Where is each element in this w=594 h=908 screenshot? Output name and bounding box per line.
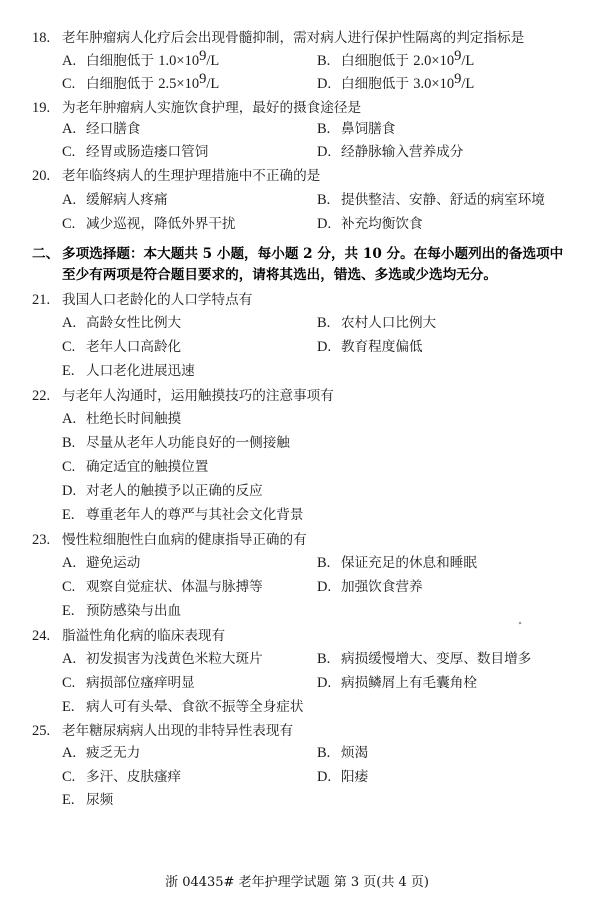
option-d: D.经静脉输入营养成分: [317, 141, 463, 163]
section-instructions-line2: 至少有两项是符合题目要求的，请将其选出，错选、多选或少选均无分。: [62, 264, 497, 286]
question-number: 25.: [32, 720, 50, 742]
question-21: 21. 我国人口老龄化的人口学特点有: [0, 289, 594, 311]
option-c: C.确定适宜的触摸位置: [62, 456, 208, 478]
question-text: 脂溢性角化病的临床表现有: [62, 625, 225, 647]
option-b: B.保证充足的休息和睡眠: [317, 552, 477, 574]
question-24: 24. 脂溢性角化病的临床表现有: [0, 625, 594, 647]
option-e: E.病人可有头晕、食欲不振等全身症状: [62, 696, 304, 718]
option-row: A.疲乏无力 B.烦渴: [0, 742, 594, 764]
section-header-cont: 至少有两项是符合题目要求的，请将其选出，错选、多选或少选均无分。: [0, 264, 594, 286]
option-a: A.疲乏无力: [62, 742, 140, 764]
question-20: 20. 老年临终病人的生理护理措施中不正确的是: [0, 165, 594, 187]
page-footer: 浙 04435# 老年护理学试题 第 3 页(共 4 页): [0, 873, 594, 893]
option-a: A.高龄女性比例大: [62, 312, 181, 334]
option-row: C.多汗、皮肤瘙痒 D.阳痿: [0, 766, 594, 788]
option-e: E.预防感染与出血: [62, 600, 181, 622]
question-23: 23. 慢性粒细胞性白血病的健康指导正确的有: [0, 529, 594, 551]
option-b: B.尽量从老年人功能良好的一侧接触: [62, 432, 290, 454]
option-c: C.观察自觉症状、体温与脉搏等: [62, 576, 263, 598]
option-a: A.避免运动: [62, 552, 140, 574]
option-row: A.杜绝长时间触摸: [0, 408, 594, 430]
question-text: 老年临终病人的生理护理措施中不正确的是: [62, 165, 320, 187]
question-text: 慢性粒细胞性白血病的健康指导正确的有: [62, 529, 307, 551]
question-number: 18.: [32, 27, 50, 49]
option-b: B.鼻饲膳食: [317, 118, 395, 140]
question-number: 24.: [32, 625, 50, 647]
option-d: D.白细胞低于 3.0×109/L: [317, 73, 474, 95]
option-d: D.对老人的触摸予以正确的反应: [62, 480, 263, 502]
section-number: 二、: [32, 243, 59, 265]
option-row: C.经胃或肠造瘘口管饲 D.经静脉输入营养成分: [0, 141, 594, 163]
option-row: E.人口老化进展迅速: [0, 360, 594, 382]
question-number: 20.: [32, 165, 50, 187]
option-row: B.尽量从老年人功能良好的一侧接触: [0, 432, 594, 454]
option-a: A.缓解病人疼痛: [62, 189, 168, 211]
option-c: C.白细胞低于 2.5×109/L: [62, 73, 219, 95]
option-d: D.病损鳞屑上有毛囊角栓: [317, 672, 477, 694]
option-row: A.高龄女性比例大 B.农村人口比例大: [0, 312, 594, 334]
question-18: 18. 老年肿瘤病人化疗后会出现骨髓抑制，需对病人进行保护性隔离的判定指标是: [0, 27, 594, 49]
option-c: C.老年人口高龄化: [62, 336, 181, 358]
question-25: 25. 老年糖尿病病人出现的非特异性表现有: [0, 720, 594, 742]
option-row: A.初发损害为浅黄色米粒大斑片 B.病损缓慢增大、变厚、数目增多: [0, 648, 594, 670]
question-text: 老年肿瘤病人化疗后会出现骨髓抑制，需对病人进行保护性隔离的判定指标是: [62, 27, 524, 49]
question-text: 老年糖尿病病人出现的非特异性表现有: [62, 720, 293, 742]
option-row: D.对老人的触摸予以正确的反应: [0, 480, 594, 502]
option-row: C.老年人口高龄化 D.教育程度偏低: [0, 336, 594, 358]
option-row: A.缓解病人疼痛 B.提供整洁、安静、舒适的病室环境: [0, 189, 594, 211]
option-b: B.农村人口比例大: [317, 312, 436, 334]
option-row: A.避免运动 B.保证充足的休息和睡眠: [0, 552, 594, 574]
option-b: B.提供整洁、安静、舒适的病室环境: [317, 189, 545, 211]
option-c: C.病损部位瘙痒明显: [62, 672, 195, 694]
option-row: C.减少巡视，降低外界干扰 D.补充均衡饮食: [0, 213, 594, 235]
question-number: 22.: [32, 385, 50, 407]
option-row: A.白细胞低于 1.0×109/L B.白细胞低于 2.0×109/L: [0, 50, 594, 72]
option-row: C.观察自觉症状、体温与脉搏等 D.加强饮食营养: [0, 576, 594, 598]
option-a: A.白细胞低于 1.0×109/L: [62, 50, 219, 72]
option-row: E.尊重老年人的尊严与其社会文化背景: [0, 504, 594, 526]
option-e: E.尊重老年人的尊严与其社会文化背景: [62, 504, 304, 526]
option-row: E.病人可有头晕、食欲不振等全身症状: [0, 696, 594, 718]
option-b: B.烦渴: [317, 742, 368, 764]
option-a: A.杜绝长时间触摸: [62, 408, 181, 430]
option-a: A.初发损害为浅黄色米粒大斑片: [62, 648, 263, 670]
question-number: 23.: [32, 529, 50, 551]
option-d: D.教育程度偏低: [317, 336, 423, 358]
section-instructions-line1: 多项选择题：本大题共 5 小题，每小题 2 分，共 10 分。在每小题列出的备选…: [62, 243, 563, 265]
question-text: 我国人口老龄化的人口学特点有: [62, 289, 252, 311]
option-b: B.白细胞低于 2.0×109/L: [317, 50, 474, 72]
question-number: 21.: [32, 289, 50, 311]
option-c: C.多汗、皮肤瘙痒: [62, 766, 181, 788]
option-c: C.减少巡视，降低外界干扰: [62, 213, 236, 235]
option-c: C.经胃或肠造瘘口管饲: [62, 141, 208, 163]
question-number: 19.: [32, 97, 50, 119]
option-d: D.阳痿: [317, 766, 368, 788]
question-text: 与老年人沟通时，运用触摸技巧的注意事项有: [62, 385, 334, 407]
option-row: A.经口膳食 B.鼻饲膳食: [0, 118, 594, 140]
option-d: D.补充均衡饮食: [317, 213, 423, 235]
option-row: E.尿频: [0, 789, 594, 811]
option-a: A.经口膳食: [62, 118, 140, 140]
section-header: 二、 多项选择题：本大题共 5 小题，每小题 2 分，共 10 分。在每小题列出…: [0, 243, 594, 265]
option-row: C.病损部位瘙痒明显 D.病损鳞屑上有毛囊角栓: [0, 672, 594, 694]
option-row: E.预防感染与出血: [0, 600, 594, 622]
option-e: E.人口老化进展迅速: [62, 360, 195, 382]
scan-artifact: [519, 622, 522, 625]
option-e: E.尿频: [62, 789, 113, 811]
exam-page: 18. 老年肿瘤病人化疗后会出现骨髓抑制，需对病人进行保护性隔离的判定指标是 A…: [0, 0, 594, 908]
question-19: 19. 为老年肿瘤病人实施饮食护理，最好的摄食途径是: [0, 97, 594, 119]
question-text: 为老年肿瘤病人实施饮食护理，最好的摄食途径是: [62, 97, 361, 119]
option-row: C.确定适宜的触摸位置: [0, 456, 594, 478]
option-row: C.白细胞低于 2.5×109/L D.白细胞低于 3.0×109/L: [0, 73, 594, 95]
option-b: B.病损缓慢增大、变厚、数目增多: [317, 648, 531, 670]
option-d: D.加强饮食营养: [317, 576, 423, 598]
question-22: 22. 与老年人沟通时，运用触摸技巧的注意事项有: [0, 385, 594, 407]
